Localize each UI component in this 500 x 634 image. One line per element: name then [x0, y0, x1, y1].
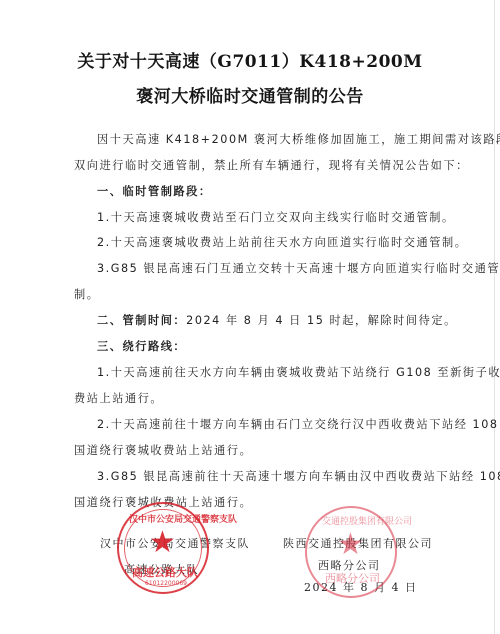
seal-left-code: 61012200069: [145, 580, 187, 587]
section-3-item-3-line-1: 3.G85 银昆高速前往十天高速十堰方向车辆由汉中西收费站下站经 108: [97, 468, 477, 484]
document-title-line-1: 关于对十天高速（G7011）K418+200M: [0, 47, 500, 72]
official-seal-right: ★ 交通控股集团有限公司 西略分公司: [305, 506, 397, 598]
section-2-heading: 二、管制时间：: [97, 314, 186, 327]
section-1-item-1: 1.十天高速褒城收费站至石门立交双向主线实行临时交通管制。: [97, 209, 477, 225]
section-3-item-1-line-1: 1.十天高速前往天水方向车辆由褒城收费站下站绕行 G108 至新街子收: [97, 364, 477, 380]
section-1-item-3-line-1: 3.G85 银昆高速石门互通立交转十天高速十堰方向匝道实行临时交通管: [97, 260, 477, 276]
star-icon: ★: [149, 528, 176, 558]
intro-paragraph-line-1: 因十天高速 K418+200M 褒河大桥维修加固施工，施工期间需对该路段: [97, 131, 477, 147]
star-icon: ★: [337, 530, 364, 560]
section-1-heading: 一、临时管制路段：: [97, 183, 477, 199]
section-2-value: 2024 年 8 月 4 日 15 时起，解除时间待定。: [186, 314, 457, 327]
section-3-item-2-line-1: 2.十天高速前往十堰方向车辆由石门立交绕行汉中西收费站下站经 108: [97, 416, 477, 432]
seal-right-bottom-text: 西略分公司: [325, 570, 380, 586]
intro-paragraph-line-2: 双向进行临时交通管制，禁止所有车辆通行，现将有关情况公告如下：: [74, 157, 454, 173]
seal-left-bottom-text: 高速公路大队: [132, 564, 198, 580]
section-2-line: 二、管制时间：2024 年 8 月 4 日 15 时起，解除时间待定。: [97, 312, 477, 328]
seal-left-ring-text: 汉中市公安局交通警察支队: [129, 512, 237, 525]
section-3-item-1-line-2: 费站上站通行。: [74, 390, 454, 406]
seal-right-ring-text: 交通控股集团有限公司: [322, 514, 412, 527]
section-1-item-2: 2.十天高速褒城收费站上站前往天水方向匝道实行临时交通管制。: [97, 234, 477, 250]
section-3-item-3-line-2: 国道绕行褒城收费站上站通行。: [74, 494, 454, 510]
official-seal-left: ★ 汉中市公安局交通警察支队 高速公路大队 61012200069: [117, 502, 209, 594]
section-3-item-2-line-2: 国道绕行褒城收费站上站通行。: [74, 442, 454, 458]
section-3-heading: 三、绕行路线：: [97, 338, 477, 354]
section-1-item-3-line-2: 制。: [74, 286, 454, 302]
document-title-line-2: 褒河大桥临时交通管制的公告: [0, 82, 500, 107]
document-page: 关于对十天高速（G7011）K418+200M 褒河大桥临时交通管制的公告 因十…: [0, 0, 495, 634]
